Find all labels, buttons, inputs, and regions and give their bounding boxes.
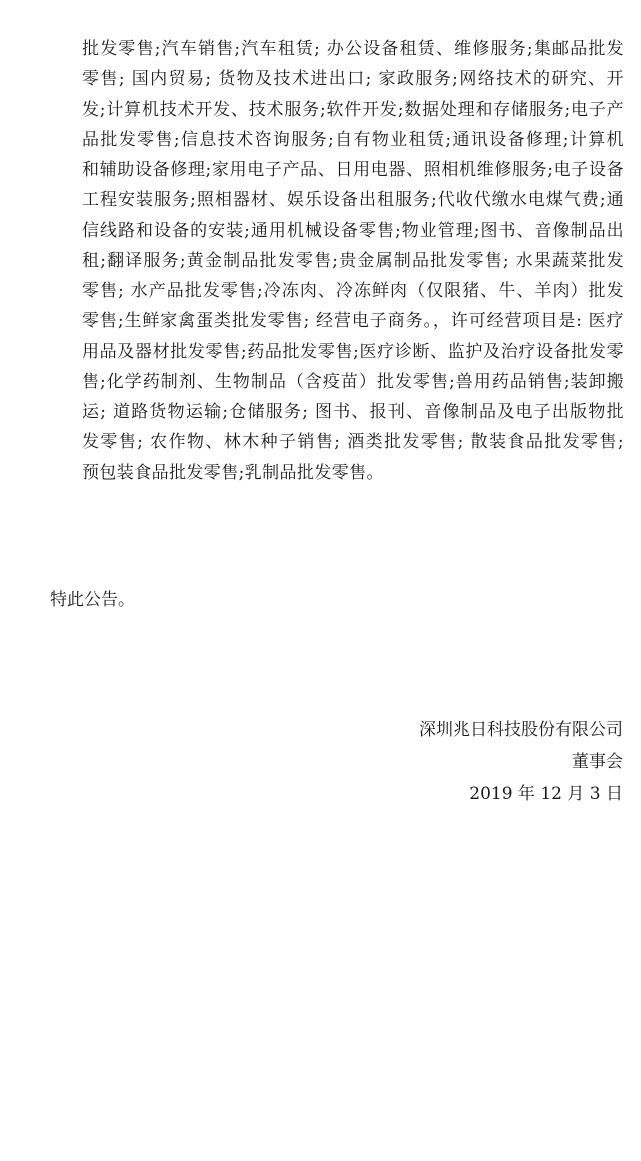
paragraph-line: 运; 道路货物运输;仓储服务; 图书、报刊、音像制品及电子出版物批: [82, 397, 624, 427]
document-page: 批发零售;汽车销售;汽车租赁; 办公设备租赁、维修服务;集邮品批发 零售; 国内…: [0, 0, 641, 1161]
paragraph-line: 用品及器材批发零售;药品批发零售;医疗诊断、监护及治疗设备批发零: [82, 337, 624, 367]
paragraph-line: 和辅助设备修理;家用电子产品、日用电器、照相机维修服务;电子设备: [82, 155, 624, 185]
board-name: 董事会: [419, 746, 623, 778]
paragraph-line: 租;翻译服务;黄金制品批发零售;贵金属制品批发零售; 水果蔬菜批发: [82, 246, 624, 276]
company-name: 深圳兆日科技股份有限公司: [419, 714, 623, 746]
paragraph-line: 批发零售;汽车销售;汽车租赁; 办公设备租赁、维修服务;集邮品批发: [82, 34, 624, 64]
signature-block: 深圳兆日科技股份有限公司 董事会 2019 年 12 月 3 日: [419, 714, 623, 810]
paragraph-line: 发零售; 农作物、林木种子销售; 酒类批发零售; 散装食品批发零售;: [82, 427, 624, 457]
paragraph-line: 预包装食品批发零售;乳制品批发零售。: [82, 458, 624, 488]
closing-statement: 特此公告。: [50, 586, 135, 614]
paragraph-line: 零售; 水产品批发零售;冷冻肉、冷冻鲜肉（仅限猪、牛、羊肉）批发: [82, 276, 624, 306]
paragraph-line: 零售; 国内贸易; 货物及技术进出口; 家政服务;网络技术的研究、开: [82, 64, 624, 94]
paragraph-line: 工程安装服务;照相器材、娱乐设备出租服务;代收代缴水电煤气费;通: [82, 185, 624, 215]
paragraph-line: 零售;生鲜家禽蛋类批发零售; 经营电子商务。，许可经营项目是: 医疗: [82, 306, 624, 336]
business-scope-paragraph: 批发零售;汽车销售;汽车租赁; 办公设备租赁、维修服务;集邮品批发 零售; 国内…: [82, 34, 624, 488]
paragraph-line: 品批发零售;信息技术咨询服务;自有物业租赁;通讯设备修理;计算机: [82, 125, 624, 155]
paragraph-line: 售;化学药制剂、生物制品（含疫苗）批发零售;兽用药品销售;装卸搬: [82, 367, 624, 397]
paragraph-line: 发;计算机技术开发、技术服务;软件开发;数据处理和存储服务;电子产: [82, 95, 624, 125]
paragraph-line: 信线路和设备的安装;通用机械设备零售;物业管理;图书、音像制品出: [82, 216, 624, 246]
announcement-date: 2019 年 12 月 3 日: [419, 778, 623, 810]
